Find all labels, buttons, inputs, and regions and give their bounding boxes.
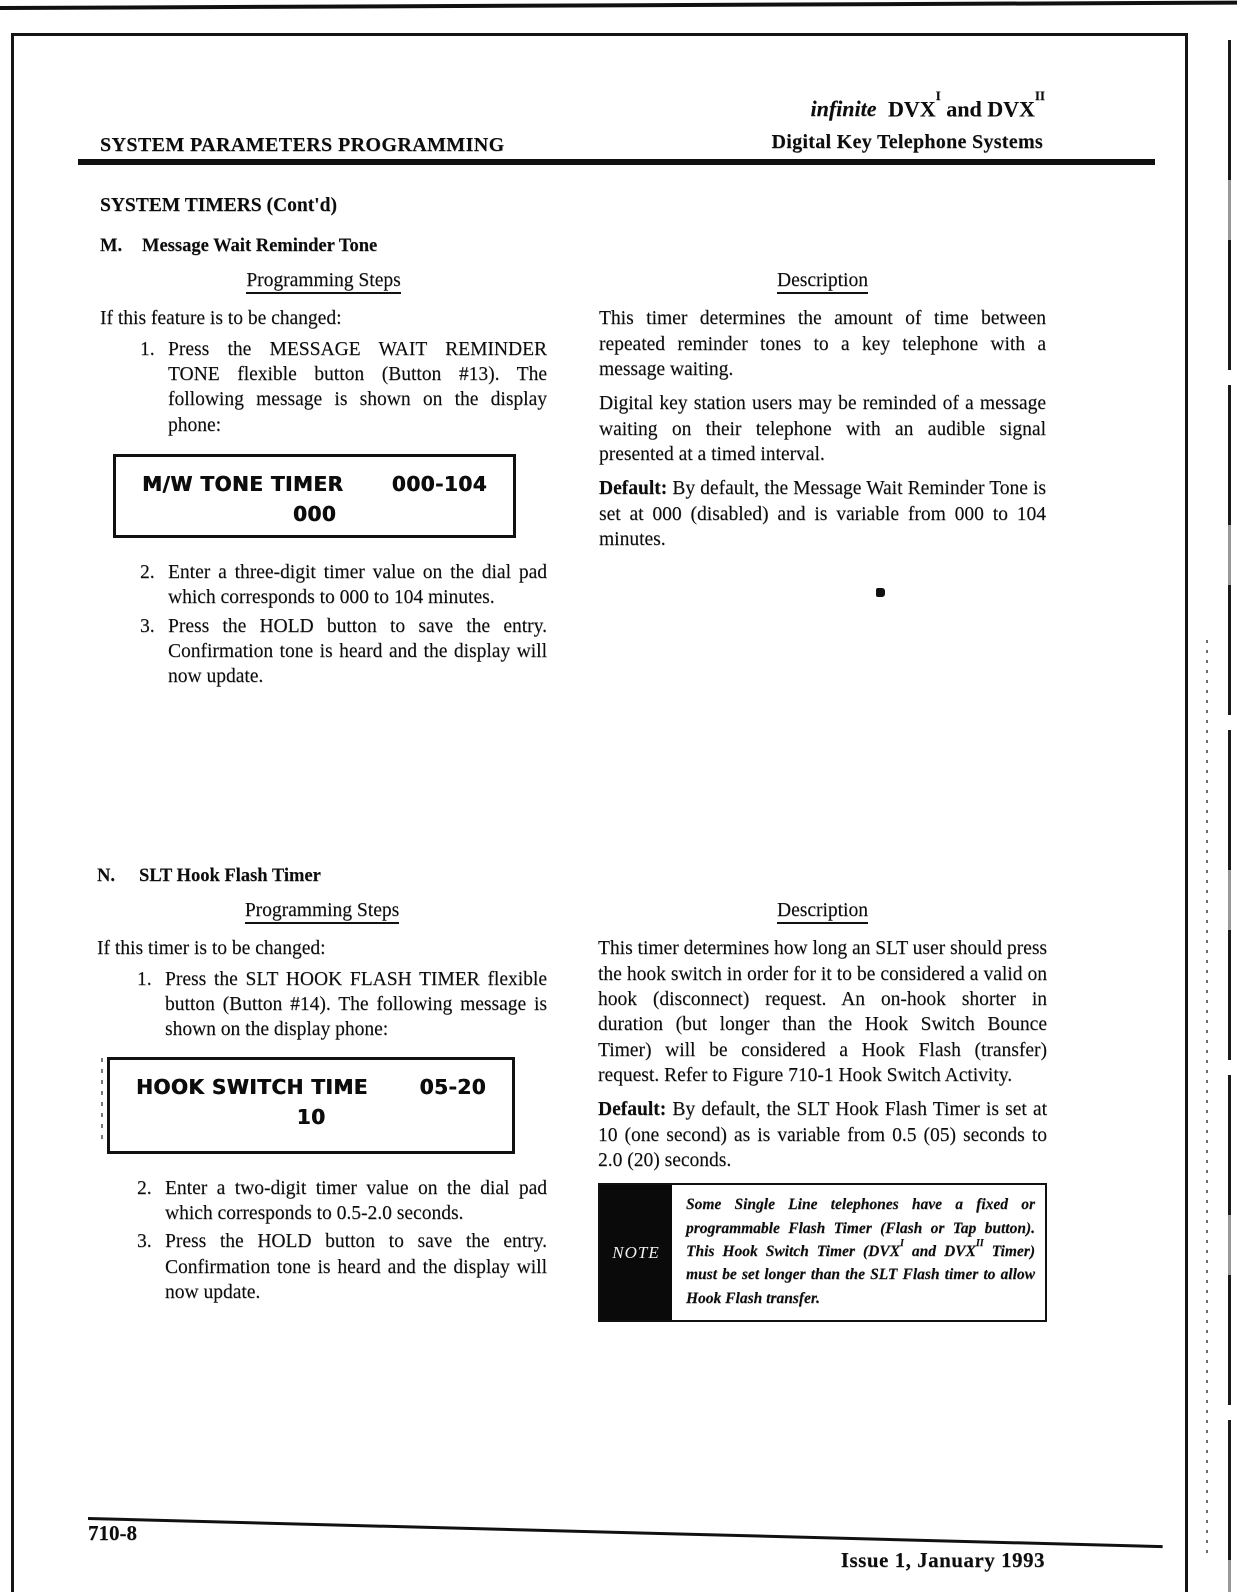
display-label: M/W TONE TIMER <box>142 471 343 497</box>
display-phone-box-mw-tone-timer: M/W TONE TIMER000-104 000 <box>113 454 516 538</box>
default-text: By default, the SLT Hook Flash Timer is … <box>598 1099 1047 1171</box>
default-paragraph: Default: By default, the SLT Hook Flash … <box>598 1097 1047 1173</box>
section-n-intro: If this timer is to be changed: <box>97 936 547 961</box>
header-right-title: Digital Key Telephone Systems <box>772 131 1044 154</box>
section-n-title: SLT Hook Flash Timer <box>139 866 321 886</box>
step-text: Press the HOLD button to save the entry.… <box>168 614 547 690</box>
display-range: 05-20 <box>420 1074 486 1100</box>
description-paragraph: This timer determines how long an SLT us… <box>598 936 1047 1088</box>
brand-superscript-2: II <box>1035 88 1045 103</box>
scan-artifact-right-edge <box>1228 40 1231 1592</box>
display-value: 000 <box>116 501 513 527</box>
section-m-programming-column: Programming Steps If this feature is to … <box>100 268 547 693</box>
step-number: 1. <box>140 337 168 438</box>
note-superscript-2: II <box>976 1238 984 1249</box>
display-label: HOOK SWITCH TIME <box>136 1074 368 1100</box>
step-text: Press the HOLD button to save the entry.… <box>165 1229 547 1305</box>
description-heading: Description <box>598 898 1047 923</box>
programming-steps-heading: Programming Steps <box>100 268 547 293</box>
section-m-title: Message Wait Reminder Tone <box>142 236 377 256</box>
section-m-letter: M. <box>100 236 142 257</box>
programming-steps-heading: Programming Steps <box>97 898 547 923</box>
default-label: Default: <box>598 1099 666 1120</box>
section-n-description-column: Description This timer determines how lo… <box>598 898 1047 1322</box>
header-rule <box>78 159 1155 163</box>
page-heading: SYSTEM TIMERS (Cont'd) <box>100 195 337 217</box>
default-paragraph: Default: By default, the Message Wait Re… <box>599 476 1046 552</box>
brand-infinite: infinite <box>810 96 876 121</box>
scan-artifact-speck <box>876 588 885 597</box>
step-item: 3.Press the HOLD button to save the entr… <box>140 614 547 690</box>
step-number: 2. <box>140 560 168 611</box>
step-item: 1.Press the SLT HOOK FLASH TIMER flexibl… <box>137 967 547 1043</box>
description-paragraph: This timer determines the amount of time… <box>599 306 1046 382</box>
scan-top-edge-line <box>0 1 1237 10</box>
note-label: NOTE <box>600 1185 672 1319</box>
display-row: HOOK SWITCH TIME05-20 <box>110 1060 512 1100</box>
note-box: NOTE Some Single Line telephones have a … <box>598 1183 1047 1321</box>
step-item: 1.Press the MESSAGE WAIT REMINDER TONE f… <box>140 337 547 438</box>
step-text: Press the MESSAGE WAIT REMINDER TONE fle… <box>168 337 547 438</box>
note-text: Some Single Line telephones have a fixed… <box>672 1185 1045 1319</box>
step-text: Enter a two-digit timer value on the dia… <box>165 1176 547 1227</box>
step-number: 3. <box>137 1229 165 1305</box>
step-item: 2.Enter a three-digit timer value on the… <box>140 560 547 611</box>
step-number: 3. <box>140 614 168 690</box>
brand-dvx2: DVX <box>987 96 1035 121</box>
section-m-intro: If this feature is to be changed: <box>100 306 547 331</box>
step-text: Enter a three-digit timer value on the d… <box>168 560 547 611</box>
brand-and: and <box>946 96 981 121</box>
document-page: infinite DVXI and DVXII SYSTEM PARAMETER… <box>0 0 1237 1592</box>
default-label: Default: <box>599 478 667 499</box>
section-m-description-column: Description This timer determines the am… <box>599 268 1046 561</box>
brand-dvx1: DVX <box>888 96 936 121</box>
description-paragraph: Digital key station users may be reminde… <box>599 391 1046 467</box>
note-superscript-1: I <box>900 1238 904 1249</box>
section-n-letter: N. <box>97 866 139 887</box>
page-border-frame <box>11 33 1188 1592</box>
page-number: 710-8 <box>88 1521 137 1546</box>
step-item: 2.Enter a two-digit timer value on the d… <box>137 1176 547 1227</box>
section-n-programming-column: Programming Steps If this timer is to be… <box>97 898 547 1308</box>
section-m-heading: M.Message Wait Reminder Tone <box>100 236 377 257</box>
issue-date: Issue 1, January 1993 <box>841 1548 1045 1573</box>
display-value: 10 <box>110 1104 512 1130</box>
description-heading: Description <box>599 268 1046 293</box>
step-number: 2. <box>137 1176 165 1227</box>
step-item: 3.Press the HOLD button to save the entr… <box>137 1229 547 1305</box>
display-phone-box-hook-switch-time: HOOK SWITCH TIME05-20 10 <box>107 1057 515 1154</box>
step-number: 1. <box>137 967 165 1043</box>
display-row: M/W TONE TIMER000-104 <box>116 457 513 497</box>
brand-line: infinite DVXI and DVXII <box>810 96 1045 122</box>
default-text: By default, the Message Wait Reminder To… <box>599 478 1046 550</box>
display-range: 000-104 <box>392 471 487 497</box>
scan-artifact-dotted-line <box>1206 640 1208 1560</box>
brand-superscript-1: I <box>936 88 941 103</box>
header-left-title: SYSTEM PARAMETERS PROGRAMMING <box>100 134 505 157</box>
step-text: Press the SLT HOOK FLASH TIMER flexible … <box>165 967 547 1043</box>
section-n-heading: N.SLT Hook Flash Timer <box>97 866 321 887</box>
